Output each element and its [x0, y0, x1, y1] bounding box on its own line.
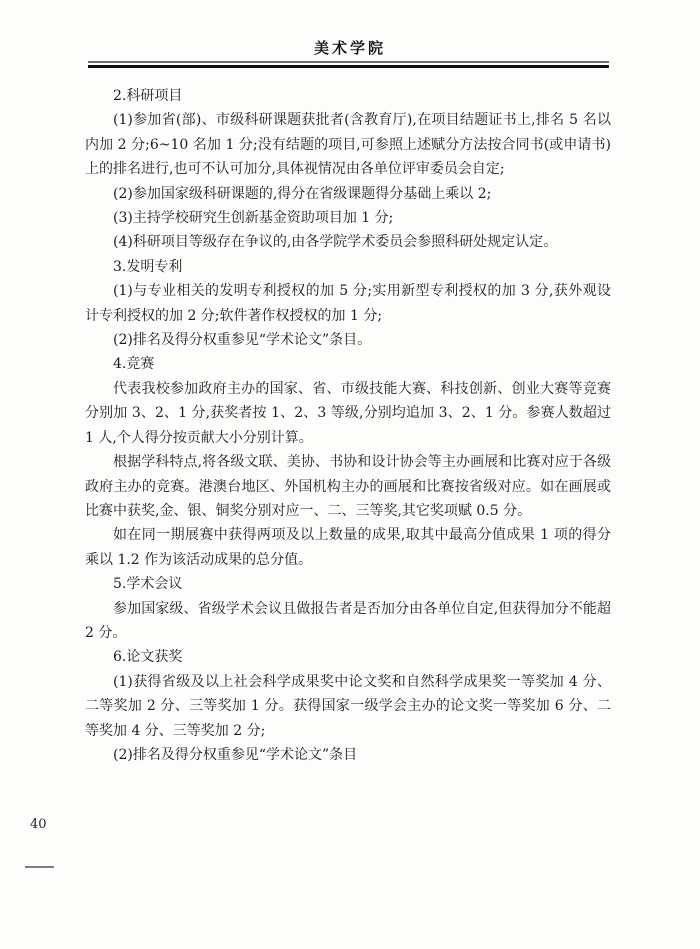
- paragraph: 根据学科特点,将各级文联、美协、书协和设计协会等主办画展和比赛对应于各级政府主办…: [85, 450, 611, 523]
- document-body: 2.科研项目 (1)参加省(部)、市级科研课题获批者(含教育厅),在项目结题证书…: [85, 84, 611, 767]
- footer-short-rule: [25, 866, 54, 868]
- paragraph: (1)与专业相关的发明专利授权的加 5 分;实用新型专利授权的加 3 分,获外观…: [85, 279, 611, 328]
- paragraph-heading-invention-patents: 3.发明专利: [85, 255, 611, 279]
- paragraph-heading-academic-conferences: 5.学术会议: [85, 572, 611, 596]
- paragraph: (2)排名及得分权重参见“学术论文”条目。: [85, 328, 611, 352]
- paragraph: 代表我校参加政府主办的国家、省、市级技能大赛、科技创新、创业大赛等竞赛分别加 3…: [85, 377, 611, 450]
- paragraph: (3)主持学校研究生创新基金资助项目加 1 分;: [85, 206, 611, 230]
- paragraph-heading-competitions: 4.竞赛: [85, 352, 611, 376]
- paragraph: (4)科研项目等级存在争议的,由各学院学术委员会参照科研处规定认定。: [85, 230, 611, 254]
- paragraph-heading-paper-awards: 6.论文获奖: [85, 645, 611, 669]
- page-number: 40: [30, 817, 47, 832]
- page-header-title: 美术学院: [0, 37, 700, 58]
- paragraph: (2)排名及得分权重参见“学术论文”条目: [85, 743, 611, 767]
- paragraph-heading-research-projects: 2.科研项目: [85, 84, 611, 108]
- header-double-rule: [88, 61, 609, 68]
- paragraph: 如在同一期展赛中获得两项及以上数量的成果,取其中最高分值成果 1 项的得分乘以 …: [85, 523, 611, 572]
- document-page: 美术学院 2.科研项目 (1)参加省(部)、市级科研课题获批者(含教育厅),在项…: [0, 0, 700, 949]
- paragraph: (1)参加省(部)、市级科研课题获批者(含教育厅),在项目结题证书上,排名 5 …: [85, 108, 611, 181]
- header-rule-thick-line: [88, 65, 609, 68]
- paragraph: 参加国家级、省级学术会议且做报告者是否加分由各单位自定,但获得加分不能超 2 分…: [85, 597, 611, 646]
- header-rule-thin-line: [88, 61, 609, 63]
- paragraph: (2)参加国家级科研课题的,得分在省级课题得分基础上乘以 2;: [85, 182, 611, 206]
- paragraph: (1)获得省级及以上社会科学成果奖中论文奖和自然科学成果奖一等奖加 4 分、二等…: [85, 670, 611, 743]
